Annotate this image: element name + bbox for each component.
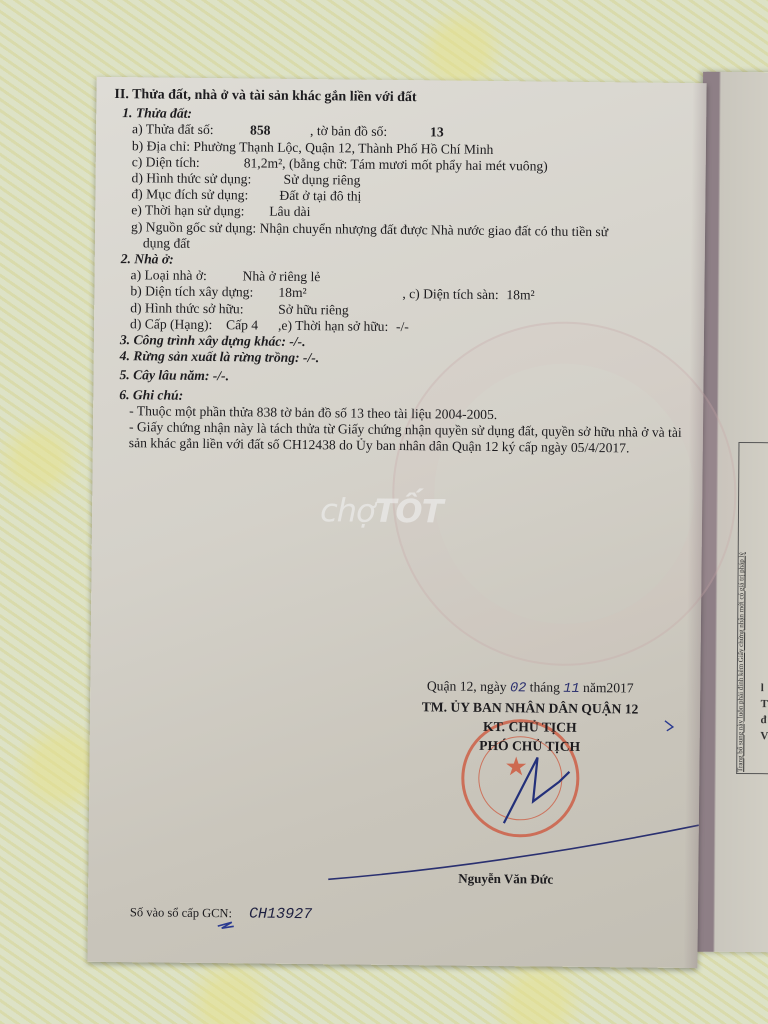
note-item: - Giấy chứng nhận này là tách thửa từ Gi… — [129, 419, 684, 457]
area-value: 81,2m², (bằng chữ: Tám mươi mốt phẩy hai… — [244, 155, 548, 173]
perennial-trees: 5. Cây lâu năm: -/-. — [119, 368, 691, 390]
map-sheet-number: 13 — [430, 125, 444, 141]
registry-number: Số vào sổ cấp GCN: CH13927 — [130, 904, 312, 923]
issuing-org: TM. ỦY BAN NHÂN DÂN QUẬN 12 — [380, 697, 680, 719]
registry-value: CH13927 — [249, 905, 312, 923]
signer-name: Nguyễn Văn Đức — [458, 871, 553, 888]
star-icon: ★ — [504, 752, 528, 782]
certificate-page: II. Thửa đất, nhà ở và tài sản khác gắn … — [87, 77, 706, 968]
address-value: Phường Thạnh Lộc, Quận 12, Thành Phố Hồ … — [193, 138, 493, 156]
signer-title: PHÓ CHỦ TỊCH — [380, 735, 680, 757]
signature-block: Quận 12, ngày 02 tháng 11 năm2017 TM. ỦY… — [380, 676, 681, 757]
back-page-edge-letters: l T đ V — [760, 680, 768, 744]
chotot-watermark: chợTỐT — [320, 491, 443, 530]
certificate-content: II. Thửa đất, nhà ở và tài sản khác gắn … — [111, 87, 695, 458]
parcel-number: 858 — [250, 123, 310, 140]
